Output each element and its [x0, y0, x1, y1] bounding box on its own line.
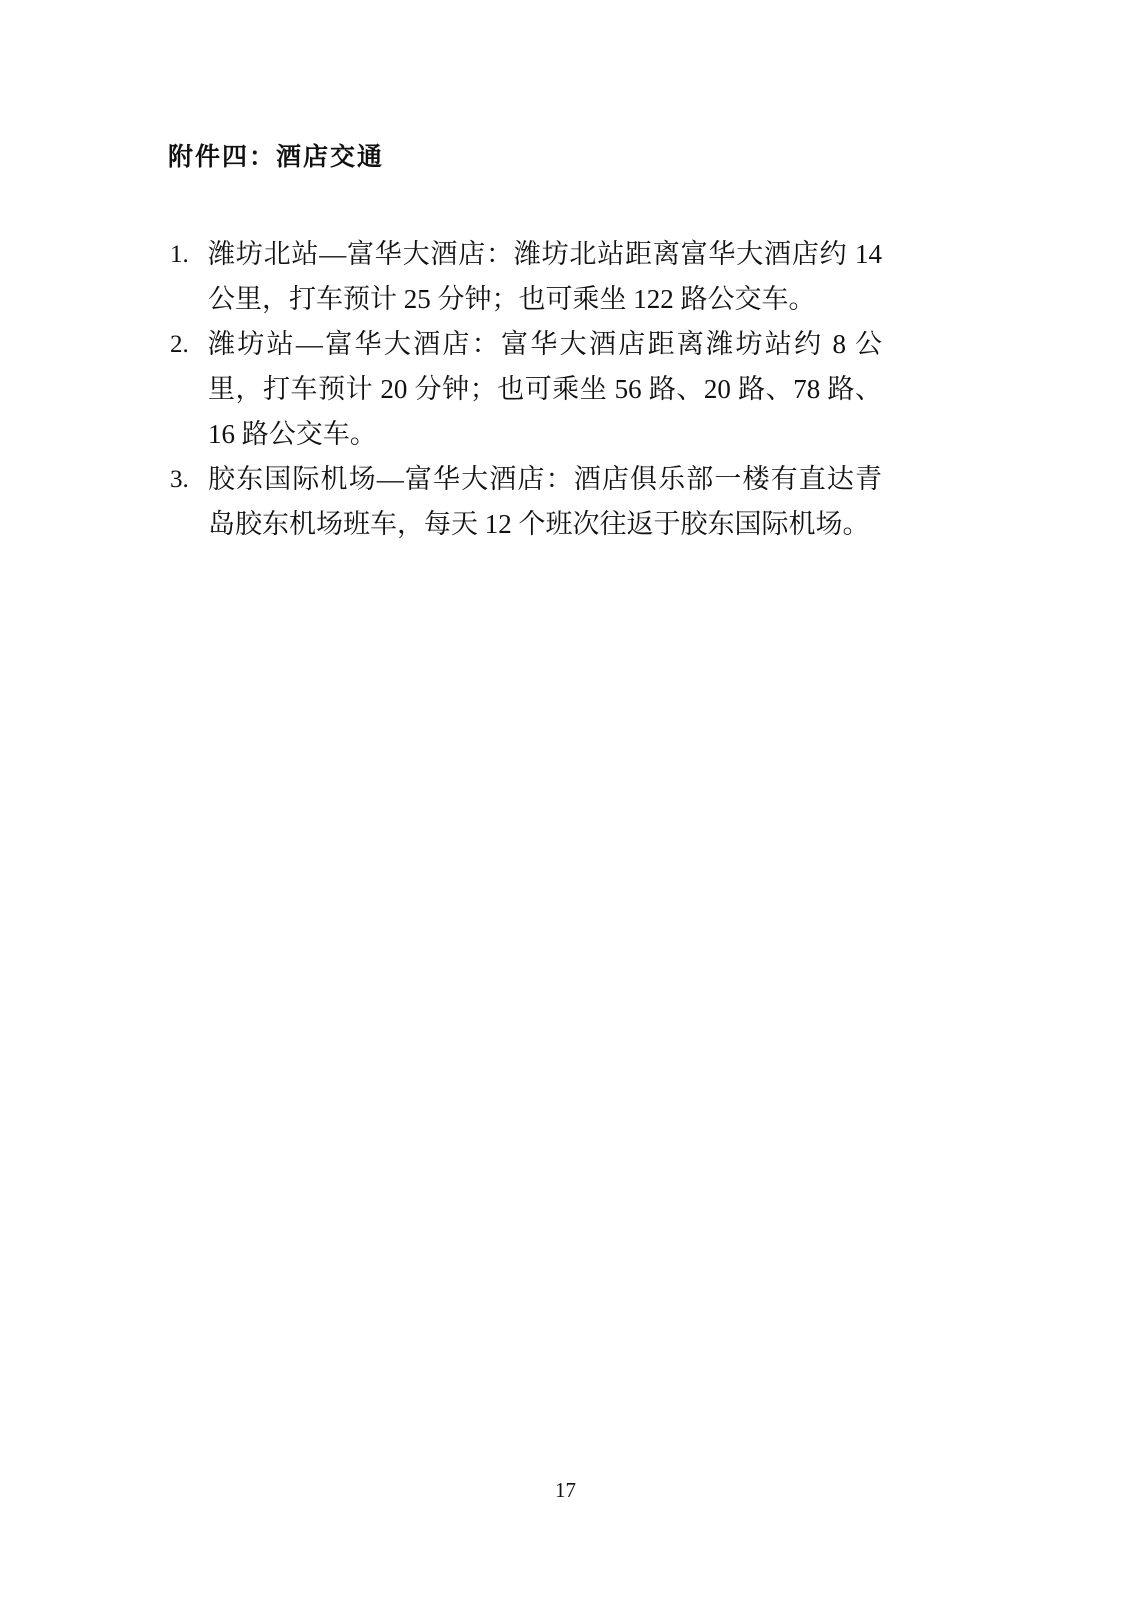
- attachment-title: 附件四：酒店交通: [168, 141, 384, 175]
- transport-list: 1. 潍坊北站—富华大酒店：潍坊北站距离富华大酒店约 14 公里，打车预计 25…: [170, 232, 882, 547]
- item-number: 2.: [170, 322, 208, 367]
- document-page: 附件四：酒店交通 1. 潍坊北站—富华大酒店：潍坊北站距离富华大酒店约 14 公…: [0, 0, 1131, 1600]
- list-item: 1. 潍坊北站—富华大酒店：潍坊北站距离富华大酒店约 14 公里，打车预计 25…: [170, 232, 882, 322]
- item-number: 3.: [170, 457, 208, 502]
- list-item: 2. 潍坊站—富华大酒店：富华大酒店距离潍坊站约 8 公里，打车预计 20 分钟…: [170, 322, 882, 457]
- page-number: 17: [0, 1476, 1131, 1504]
- item-text: 潍坊北站—富华大酒店：潍坊北站距离富华大酒店约 14 公里，打车预计 25 分钟…: [208, 232, 882, 322]
- item-number: 1.: [170, 232, 208, 277]
- item-text: 潍坊站—富华大酒店：富华大酒店距离潍坊站约 8 公里，打车预计 20 分钟；也可…: [208, 322, 882, 457]
- list-item: 3. 胶东国际机场—富华大酒店：酒店俱乐部一楼有直达青岛胶东机场班车，每天 12…: [170, 457, 882, 547]
- item-text: 胶东国际机场—富华大酒店：酒店俱乐部一楼有直达青岛胶东机场班车，每天 12 个班…: [208, 457, 882, 547]
